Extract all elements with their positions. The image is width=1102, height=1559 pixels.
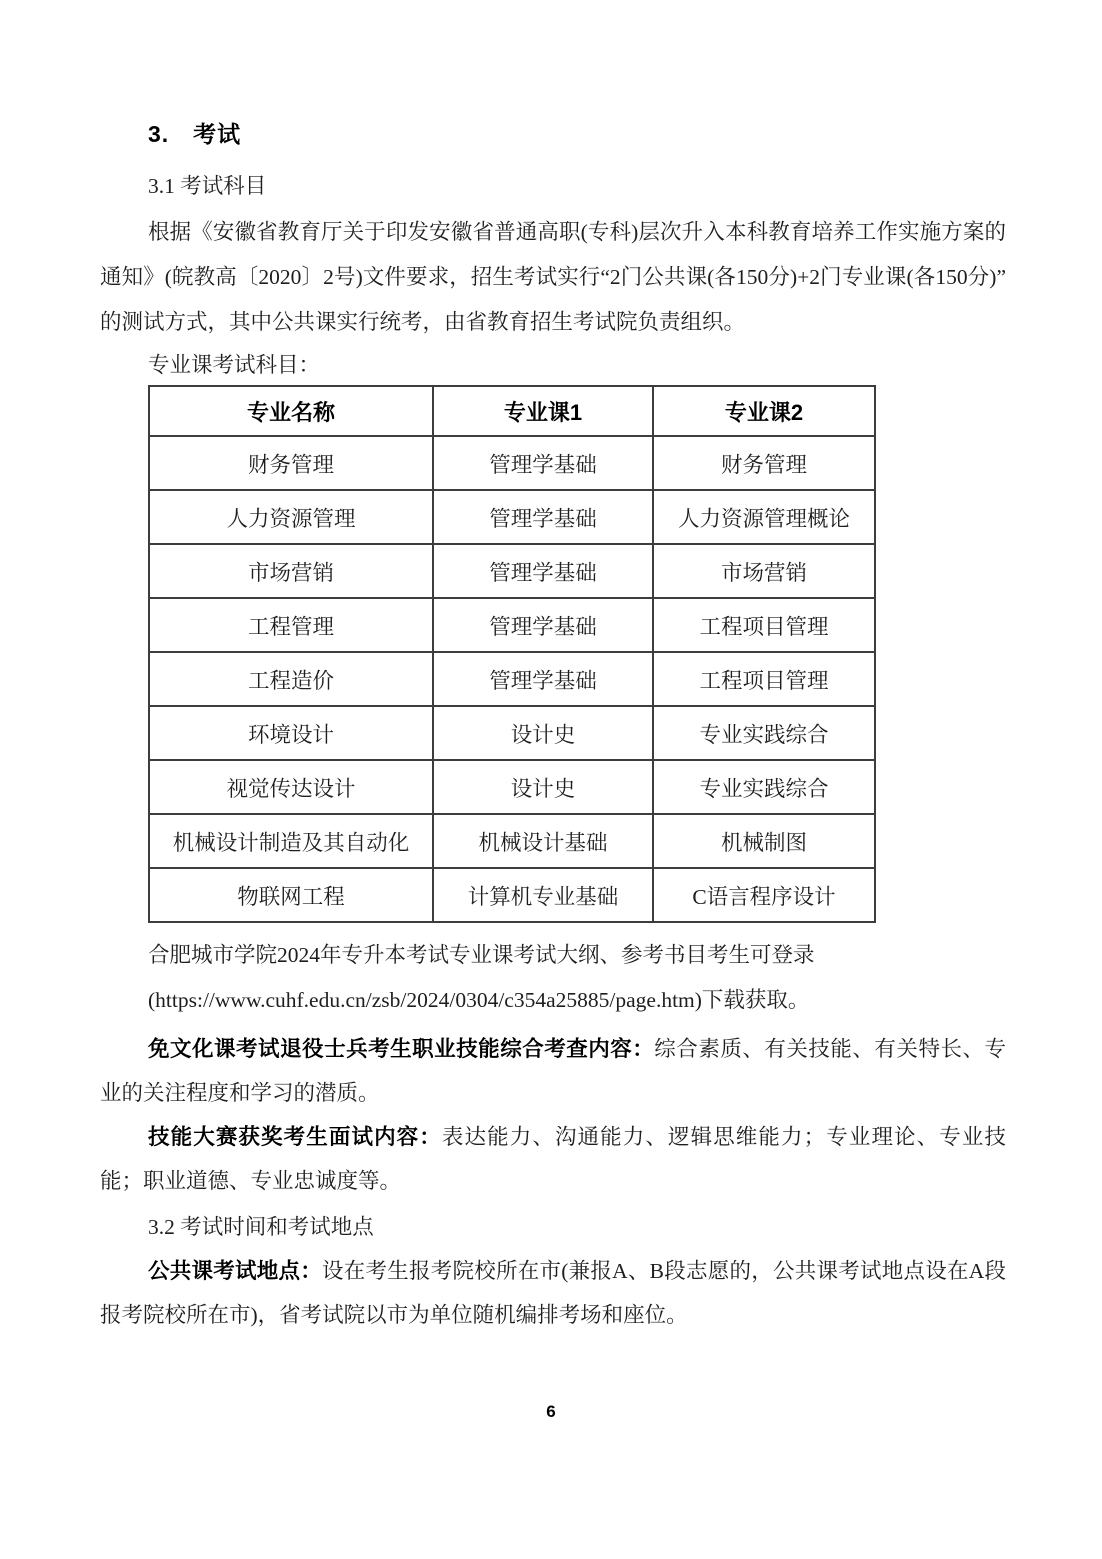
subjects-table: 专业名称 专业课1 专业课2 财务管理 管理学基础 财务管理 人力资源管理 管理… (148, 385, 876, 923)
table-header-row: 专业名称 专业课1 专业课2 (149, 386, 875, 436)
subsection-heading-3-2: 3.2 考试时间和考试地点 (100, 1205, 1006, 1249)
veterans-lead-label: 免文化课考试退役士兵考生职业技能综合考查内容： (148, 1037, 654, 1061)
page-number: 6 (0, 1402, 1102, 1422)
table-cell: 环境设计 (149, 706, 433, 760)
table-cell: 财务管理 (653, 436, 875, 490)
location-lead-label: 公共课考试地点： (148, 1259, 322, 1283)
table-cell: 物联网工程 (149, 868, 433, 922)
table-row: 财务管理 管理学基础 财务管理 (149, 436, 875, 490)
table-cell: 管理学基础 (433, 598, 653, 652)
table-cell: 人力资源管理概论 (653, 490, 875, 544)
paragraph-exam-location: 公共课考试地点：设在考生报考院校所在市(兼报A、B段志愿的，公共课考试地点设在A… (100, 1249, 1006, 1337)
paragraph-skills-interview: 技能大赛获奖考生面试内容：表达能力、沟通能力、逻辑思维能力；专业理论、专业技能；… (100, 1115, 1006, 1203)
skills-lead-label: 技能大赛获奖考生面试内容： (148, 1125, 442, 1149)
section-heading: 3. 考试 (148, 118, 1006, 150)
table-cell: 计算机专业基础 (433, 868, 653, 922)
download-url-line: (https://www.cuhf.edu.cn/zsb/2024/0304/c… (100, 978, 1006, 1023)
table-cell: 专业实践综合 (653, 706, 875, 760)
col-header-subject-2: 专业课2 (653, 386, 875, 436)
table-cell: 视觉传达设计 (149, 760, 433, 814)
table-cell: 管理学基础 (433, 544, 653, 598)
table-row: 工程造价 管理学基础 工程项目管理 (149, 652, 875, 706)
table-row: 工程管理 管理学基础 工程项目管理 (149, 598, 875, 652)
table-cell: 财务管理 (149, 436, 433, 490)
table-cell: 管理学基础 (433, 652, 653, 706)
table-row: 物联网工程 计算机专业基础 C语言程序设计 (149, 868, 875, 922)
table-cell: 市场营销 (653, 544, 875, 598)
table-cell: 机械制图 (653, 814, 875, 868)
table-cell: 工程管理 (149, 598, 433, 652)
paragraph-exam-policy: 根据《安徽省教育厅关于印发安徽省普通高职(专科)层次升入本科教育培养工作实施方案… (100, 210, 1006, 345)
table-cell: 专业实践综合 (653, 760, 875, 814)
table-cell: 机械设计基础 (433, 814, 653, 868)
subsection-heading-3-1: 3.1 考试科目 (148, 171, 1006, 201)
table-row: 视觉传达设计 设计史 专业实践综合 (149, 760, 875, 814)
table-cell: 工程项目管理 (653, 598, 875, 652)
table-row: 机械设计制造及其自动化 机械设计基础 机械制图 (149, 814, 875, 868)
download-note-line: 合肥城市学院2024年专升本考试专业课考试大纲、参考书目考生可登录 (100, 933, 1006, 978)
table-cell: 管理学基础 (433, 490, 653, 544)
table-cell: C语言程序设计 (653, 868, 875, 922)
col-header-subject-1: 专业课1 (433, 386, 653, 436)
table-row: 人力资源管理 管理学基础 人力资源管理概论 (149, 490, 875, 544)
table-cell: 市场营销 (149, 544, 433, 598)
paragraph-veterans-assessment: 免文化课考试退役士兵考生职业技能综合考查内容：综合素质、有关技能、有关特长、专业… (100, 1027, 1006, 1115)
table-cell: 设计史 (433, 706, 653, 760)
table-intro-label: 专业课考试科目： (100, 345, 1006, 385)
table-cell: 管理学基础 (433, 436, 653, 490)
table-row: 环境设计 设计史 专业实践综合 (149, 706, 875, 760)
table-cell: 设计史 (433, 760, 653, 814)
table-cell: 工程项目管理 (653, 652, 875, 706)
table-cell: 工程造价 (149, 652, 433, 706)
document-content: 3. 考试 3.1 考试科目 根据《安徽省教育厅关于印发安徽省普通高职(专科)层… (100, 0, 1006, 1337)
table-row: 市场营销 管理学基础 市场营销 (149, 544, 875, 598)
col-header-major-name: 专业名称 (149, 386, 433, 436)
table-cell: 机械设计制造及其自动化 (149, 814, 433, 868)
table-cell: 人力资源管理 (149, 490, 433, 544)
document-page: 3. 考试 3.1 考试科目 根据《安徽省教育厅关于印发安徽省普通高职(专科)层… (0, 0, 1102, 1559)
